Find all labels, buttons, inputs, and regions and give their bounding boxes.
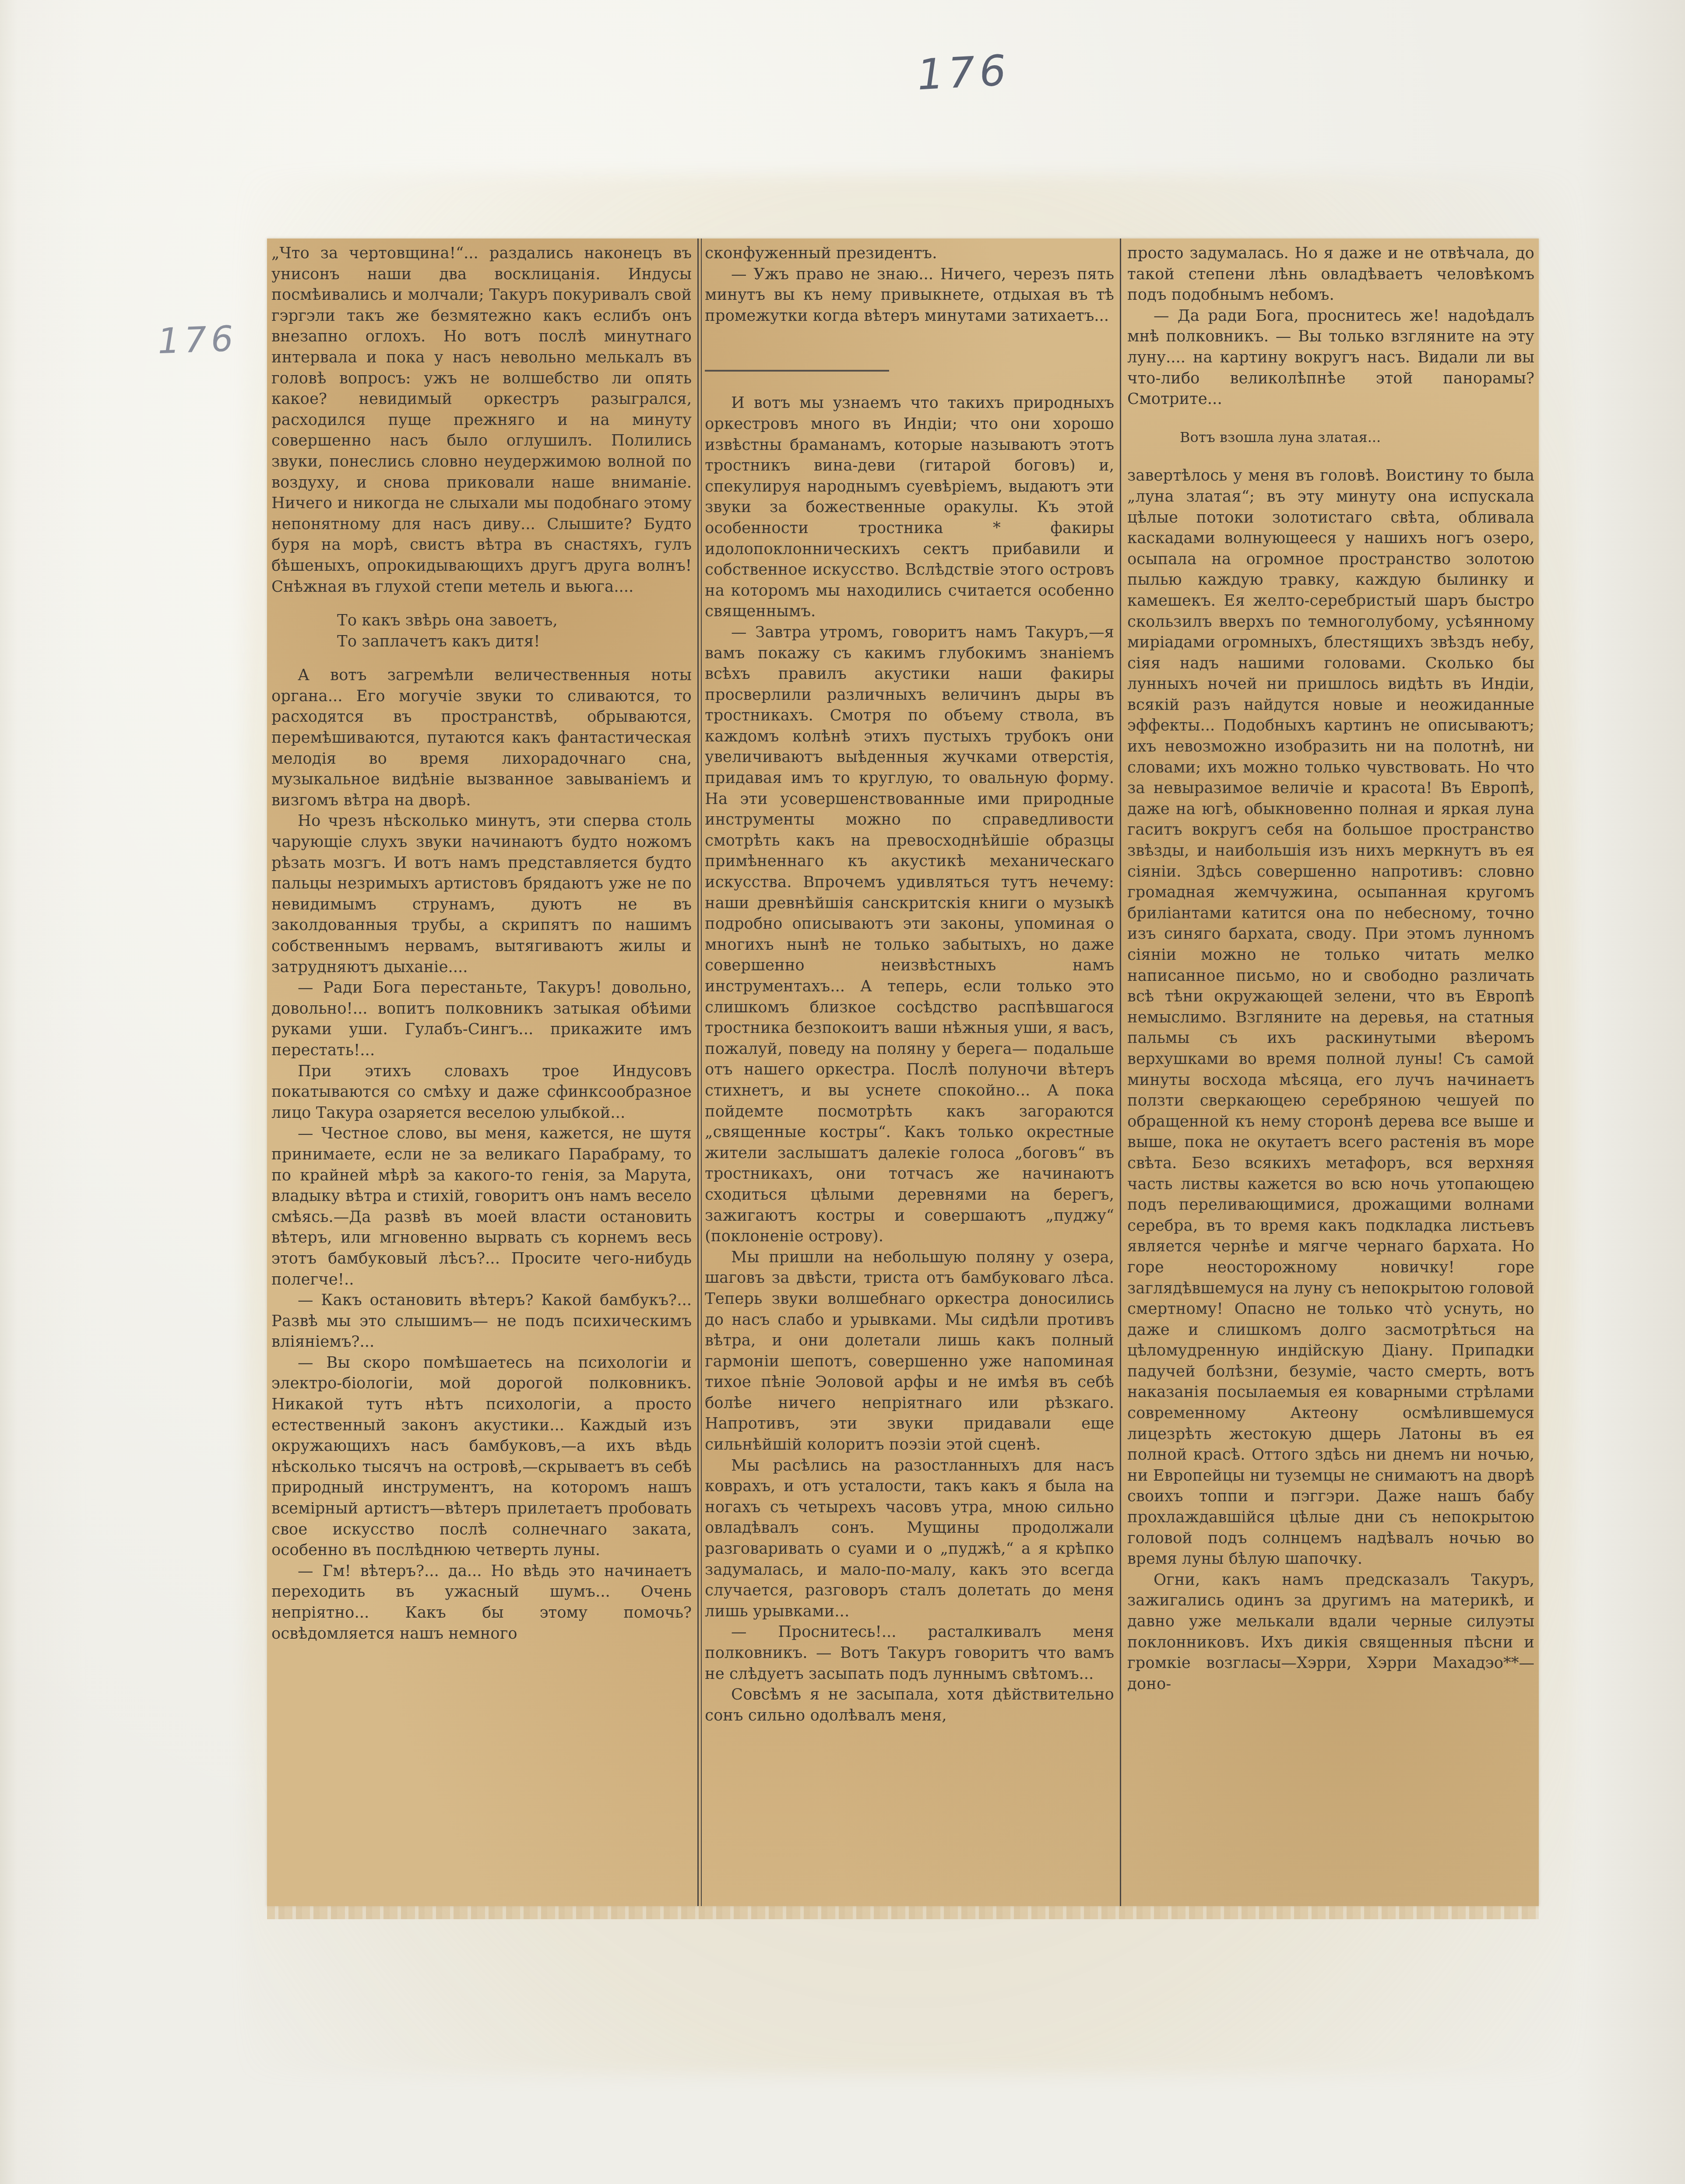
paragraph: При этихъ словахъ трое Индусовъ покатыва…: [271, 1061, 692, 1124]
paragraph: Мы пришли на небольшую поляну у озера, ш…: [705, 1247, 1114, 1455]
verse-line: То заплачетъ какъ дитя!: [337, 631, 692, 652]
column-divider: [697, 239, 699, 1906]
paragraph: — Ужъ право не знаю... Ничего, черезъ пя…: [705, 264, 1114, 327]
paragraph: Но чрезъ нѣсколько минутъ, эти сперва ст…: [271, 811, 692, 977]
epigraph-quote: Вотъ взошла луна златая...: [1180, 427, 1534, 448]
paragraph: сконфуженный президентъ.: [705, 243, 1114, 264]
paragraph: А вотъ загремѣли величественныя ноты орг…: [271, 665, 692, 811]
page-number-handwritten-margin: 176: [157, 318, 238, 362]
paragraph: — Ради Бога перестаньте, Такуръ! довольн…: [271, 977, 692, 1060]
paragraph: — Гм! вѣтеръ?... да... Но вѣдь это начин…: [271, 1561, 692, 1644]
paragraph: — Вы скоро помѣшаетесь на психологіи и э…: [271, 1352, 692, 1561]
text-column-2: сконфуженный президентъ. — Ужъ право не …: [705, 243, 1114, 1902]
paragraph: — Какъ остановить вѣтеръ? Какой бамбукъ?…: [271, 1290, 692, 1352]
page-number-handwritten-top: 176: [916, 46, 1012, 99]
paragraph: И вотъ мы узнаемъ что такихъ природныхъ …: [705, 393, 1114, 622]
paragraph: — Честное слово, вы меня, кажется, не шу…: [271, 1123, 692, 1290]
paragraph: Совсѣмъ я не засыпала, хотя дѣйствительн…: [705, 1684, 1114, 1726]
newspaper-clipping: „Что за чертовщина!“... раздались наконе…: [267, 239, 1539, 1906]
text-column-1: „Что за чертовщина!“... раздались наконе…: [271, 243, 692, 1902]
column-divider: [701, 239, 702, 1906]
paragraph: — Проснитесь!... расталкивалъ меня полко…: [705, 1622, 1114, 1684]
section-divider: [705, 370, 889, 372]
paragraph: — Завтра утромъ, говоритъ намъ Такуръ,—я…: [705, 622, 1114, 1247]
paragraph: завертѣлось у меня въ головѣ. Воистину т…: [1127, 465, 1534, 1569]
column-divider: [1120, 239, 1121, 1906]
text-column-3: просто задумалась. Но я даже и не отвѣча…: [1127, 243, 1534, 1902]
paragraph: Огни, какъ намъ предсказалъ Такуръ, зажи…: [1127, 1570, 1534, 1695]
paragraph: „Что за чертовщина!“... раздались наконе…: [271, 243, 692, 597]
paragraph: Мы расѣлись на разостланныхъ для насъ ко…: [705, 1455, 1114, 1622]
paragraph: — Да ради Бога, проснитесь же! надоѣдалъ…: [1127, 305, 1534, 410]
verse-line: То какъ звѣрь она завоетъ,: [337, 610, 692, 631]
paragraph: просто задумалась. Но я даже и не отвѣча…: [1127, 243, 1534, 305]
verse-quote: То какъ звѣрь она завоетъ, То заплачетъ …: [337, 610, 692, 652]
